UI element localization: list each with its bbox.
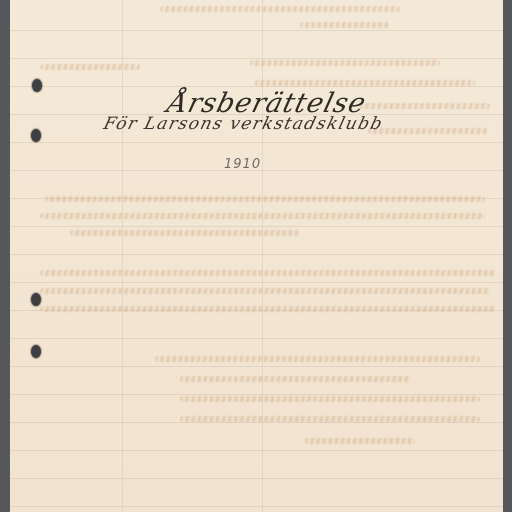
ruled-line	[10, 422, 503, 423]
bleed-through-text	[255, 80, 475, 86]
ruled-line	[10, 282, 503, 283]
bleed-through-text	[160, 6, 400, 12]
bleed-through-text	[40, 64, 140, 70]
bleed-through-text	[360, 103, 490, 109]
bleed-through-text	[155, 356, 480, 362]
bleed-through-text	[40, 306, 495, 312]
ruled-line	[10, 338, 503, 339]
bleed-through-text	[70, 230, 300, 236]
ruled-line	[10, 254, 503, 255]
bleed-through-text	[180, 396, 480, 402]
fold-line	[262, 0, 263, 512]
bleed-through-text	[300, 22, 390, 28]
punch-hole	[31, 129, 41, 142]
fold-line	[122, 0, 123, 512]
ruled-line	[10, 478, 503, 479]
scan-background: Årsberättelse För Larsons verkstadsklubb…	[0, 0, 512, 512]
punch-hole	[31, 293, 41, 306]
pencil-date: 1910	[224, 157, 261, 172]
punch-hole	[32, 79, 42, 92]
bleed-through-text	[180, 376, 410, 382]
bleed-through-text	[40, 288, 490, 294]
ruled-line	[10, 86, 503, 87]
ruled-line	[10, 450, 503, 451]
document-subtitle: För Larsons verkstadsklubb	[102, 114, 386, 134]
ruled-line	[10, 30, 503, 31]
bleed-through-text	[45, 196, 485, 202]
letter-page: Årsberättelse För Larsons verkstadsklubb…	[10, 0, 503, 512]
bleed-through-text	[40, 213, 485, 219]
ruled-line	[10, 142, 503, 143]
ruled-line	[10, 366, 503, 367]
ruled-line	[10, 506, 503, 507]
ruled-line	[10, 226, 503, 227]
ruled-line	[10, 394, 503, 395]
bleed-through-text	[40, 270, 495, 276]
bleed-through-text	[180, 416, 480, 422]
bleed-through-text	[250, 60, 440, 66]
bleed-through-text	[305, 438, 415, 444]
bleed-through-text	[368, 128, 488, 134]
punch-hole	[31, 345, 41, 358]
ruled-line	[10, 58, 503, 59]
